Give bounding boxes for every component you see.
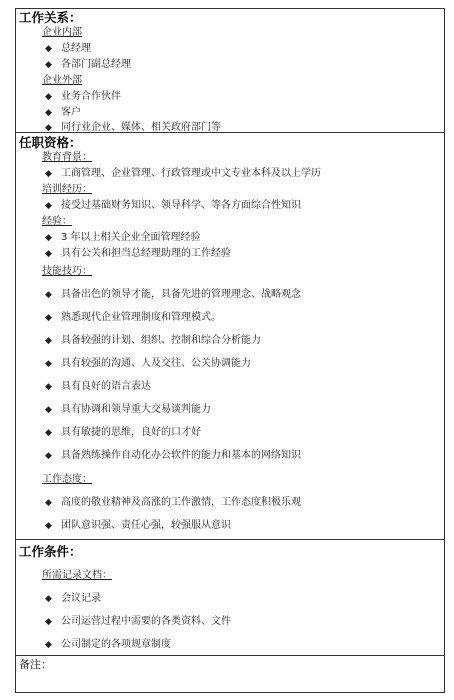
list-item: ◆具有公关和担当总经理助理的工作经验 (45, 248, 231, 260)
subheading-external: 企业外部 (42, 75, 82, 87)
diamond-bullet-icon: ◆ (45, 248, 61, 260)
section-title: 任职资格： (19, 135, 82, 150)
diamond-bullet-icon: ◆ (45, 289, 61, 301)
list-item: ◆接受过基础财务知识、领导科学、等各方面综合性知识 (45, 200, 301, 212)
diamond-bullet-icon: ◆ (45, 639, 61, 651)
diamond-bullet-icon: ◆ (45, 427, 61, 439)
diamond-bullet-icon: ◆ (45, 497, 61, 509)
list-item: ◆具有较强的沟通、人及交往、公关协调能力 (45, 358, 251, 370)
diamond-bullet-icon: ◆ (45, 43, 61, 55)
subheading-training: 培训经历： (42, 184, 92, 196)
subheading-attitude: 工作态度： (42, 474, 92, 486)
subheading-experience: 经验： (42, 216, 72, 228)
list-item: ◆团队意识强、责任心强，较强服从意识 (45, 520, 231, 532)
diamond-bullet-icon: ◆ (45, 520, 61, 532)
section-remarks: 备注： (16, 656, 444, 692)
remarks-label: 备注： (19, 658, 52, 672)
list-item: ◆具备熟练操作自动化办公软件的能力和基本的网络知识 (45, 450, 301, 462)
diamond-bullet-icon: ◆ (45, 107, 61, 119)
section-qualifications: 任职资格： 教育背景： ◆工商管理、企业管理、行政管理或中文专业本科及以上学历 … (16, 133, 444, 540)
list-item: ◆具备较强的计划、组织、控制和综合分析能力 (45, 335, 261, 347)
diamond-bullet-icon: ◆ (45, 381, 61, 393)
list-item: ◆公司制定的各项规章制度 (45, 639, 171, 651)
list-item: ◆高度的敬业精神及高涨的工作激情，工作态度积极乐观 (45, 497, 301, 509)
diamond-bullet-icon: ◆ (45, 91, 61, 103)
list-item: ◆具备出色的领导才能，具备先进的管理理念、战略观念 (45, 289, 301, 301)
subheading-skills: 技能技巧： (42, 266, 92, 278)
diamond-bullet-icon: ◆ (45, 312, 61, 324)
diamond-bullet-icon: ◆ (45, 450, 61, 462)
list-item: ◆熟悉现代企业管理制度和管理模式。 (45, 312, 221, 324)
diamond-bullet-icon: ◆ (45, 358, 61, 370)
diamond-bullet-icon: ◆ (45, 335, 61, 347)
list-item: ◆公司运营过程中需要的各类资料、文件 (45, 616, 231, 628)
diamond-bullet-icon: ◆ (45, 59, 61, 71)
list-item: ◆总经理 (45, 43, 91, 55)
list-item: ◆客户 (45, 107, 81, 119)
list-item: ◆具有良好的语言表达 (45, 381, 151, 393)
section-title: 工作关系： (19, 10, 82, 25)
list-item: ◆各部门副总经理 (45, 59, 131, 71)
job-description-table: 工作关系： 企业内部 ◆总经理 ◆各部门副总经理 企业外部 ◆业务合作伙伴 ◆客… (15, 8, 445, 693)
list-item: ◆具有敏捷的思维，良好的口才好 (45, 427, 201, 439)
section-work-relations: 工作关系： 企业内部 ◆总经理 ◆各部门副总经理 企业外部 ◆业务合作伙伴 ◆客… (16, 9, 444, 133)
list-item: ◆3 年以上相关企业全面管理经验 (45, 232, 201, 244)
subheading-education: 教育背景： (42, 152, 92, 164)
diamond-bullet-icon: ◆ (45, 232, 61, 244)
list-item: ◆会议记录 (45, 593, 101, 605)
diamond-bullet-icon: ◆ (45, 200, 61, 212)
diamond-bullet-icon: ◆ (45, 168, 61, 180)
subheading-documents: 所需记录文档： (42, 570, 112, 582)
diamond-bullet-icon: ◆ (45, 616, 61, 628)
list-item: ◆具有协调和领导重大交易谈判能力 (45, 404, 211, 416)
list-item: ◆工商管理、企业管理、行政管理或中文专业本科及以上学历 (45, 168, 321, 180)
diamond-bullet-icon: ◆ (45, 593, 61, 605)
list-item: ◆业务合作伙伴 (45, 91, 121, 103)
section-work-conditions: 工作条件： 所需记录文档： ◆会议记录 ◆公司运营过程中需要的各类资料、文件 ◆… (16, 540, 444, 656)
section-title: 工作条件： (19, 544, 82, 559)
diamond-bullet-icon: ◆ (45, 404, 61, 416)
subheading-internal: 企业内部 (42, 27, 82, 39)
